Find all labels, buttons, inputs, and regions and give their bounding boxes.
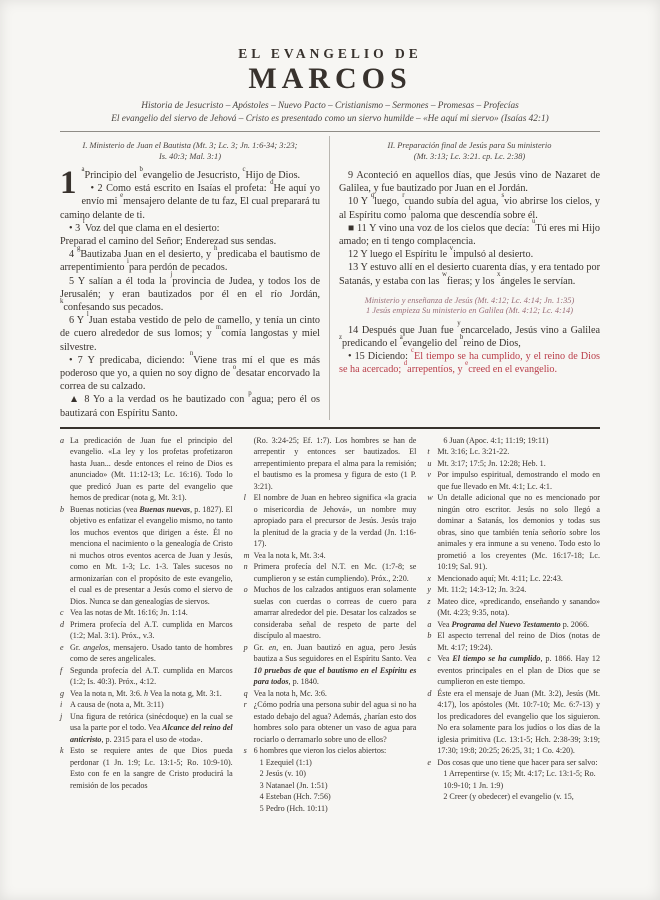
footnote-letter: c bbox=[60, 607, 70, 619]
footnote-letter: n bbox=[244, 561, 254, 584]
footnote-list-item: 5 Pedro (Hch. 10:11) bbox=[244, 803, 417, 815]
footnote-letter: e bbox=[427, 757, 437, 769]
footnote-list-item: 3 Natanael (Jn. 1:51) bbox=[244, 780, 417, 792]
footnote-letter: i bbox=[60, 699, 70, 711]
footnote-letter: q bbox=[244, 688, 254, 700]
footnote: bEl aspecto terrenal del reino de Dios (… bbox=[427, 630, 600, 653]
footnote-list-item: 4 Esteban (Hch. 7:56) bbox=[244, 791, 417, 803]
footnote-letter: e bbox=[60, 642, 70, 665]
verses-left: 1aPrincipio del bevangelio de Jesucristo… bbox=[60, 169, 320, 420]
footnote: wUn detalle adicional que no es menciona… bbox=[427, 492, 600, 573]
verse: 12 Y luego el Espíritu le vimpulsó al de… bbox=[339, 248, 600, 261]
footnote: yMt. 11:2; 14:3-12; Jn. 3:24. bbox=[427, 584, 600, 596]
footnote-text: Éste era el mensaje de Juan (Mt. 3:2), J… bbox=[437, 688, 600, 757]
footnote-list-item: 1 Arrepentirse (v. 15; Mt. 4:17; Lc. 13:… bbox=[427, 768, 600, 791]
chapter-number: 1 bbox=[60, 170, 77, 196]
verse: • 3 fVoz del que clama en el desierto:Pr… bbox=[60, 222, 320, 248]
footnote-letter: o bbox=[244, 584, 254, 642]
footnote-letter: b bbox=[427, 630, 437, 653]
footnote-text: Vea Programa del Nuevo Testamento p. 206… bbox=[437, 619, 600, 631]
footnote: aLa predicación de Juan fue el principio… bbox=[60, 435, 233, 504]
footnote: s6 hombres que vieron los cielos abierto… bbox=[244, 745, 417, 757]
footnote-text: ¿Cómo podría una persona subir del agua … bbox=[254, 699, 417, 745]
verse: 14 Después que Juan fue yencarcelado, Je… bbox=[339, 324, 600, 350]
footnote: dÉste era el mensaje de Juan (Mt. 3:2), … bbox=[427, 688, 600, 757]
footnote: kEsto se requiere antes de que Dios pued… bbox=[60, 745, 233, 791]
footnote: vPor impulso espiritual, demostrando el … bbox=[427, 469, 600, 492]
footnote-text: Dos cosas que uno tiene que hacer para s… bbox=[437, 757, 600, 769]
footnote-text: Mt. 11:2; 14:3-12; Jn. 3:24. bbox=[437, 584, 600, 596]
footnote: xMencionado aquí; Mt. 4:11; Lc. 22:43. bbox=[427, 573, 600, 585]
footnote-letter: x bbox=[427, 573, 437, 585]
footnote-text: Gr. en, en. Juan bautizó en agua, pero J… bbox=[254, 642, 417, 688]
footnote-text: Una figura de retórica (sinécdoque) en l… bbox=[70, 711, 233, 746]
footnotes-column-1: aLa predicación de Juan fue el principio… bbox=[60, 435, 233, 815]
footnote-letter: f bbox=[60, 665, 70, 688]
footnote-letter: y bbox=[427, 584, 437, 596]
footnote: bBuenas noticias (vea Buenas nuevas, p. … bbox=[60, 504, 233, 608]
footnote-letter: t bbox=[427, 446, 437, 458]
footnotes-column-3: 6 Juan (Apoc. 4:1; 11:19; 19:11)tMt. 3:1… bbox=[427, 435, 600, 815]
footnote-letter: v bbox=[427, 469, 437, 492]
footnote-letter: b bbox=[60, 504, 70, 608]
footnote: cVea El tiempo se ha cumplido, p. 1866. … bbox=[427, 653, 600, 688]
footnote-letter: g bbox=[60, 688, 70, 700]
footnote-text: Mateo dice, «predicando, enseñando y san… bbox=[437, 596, 600, 619]
footnote: qVea la nota h, Mc. 3:6. bbox=[244, 688, 417, 700]
footnote-text: La predicación de Juan fue el principio … bbox=[70, 435, 233, 504]
verse: • 2 Como está escrito en Isaías el profe… bbox=[60, 182, 320, 222]
footnote-text: Vea El tiempo se ha cumplido, p. 1866. H… bbox=[437, 653, 600, 688]
footnote: oMuchos de los calzados antiguos eran so… bbox=[244, 584, 417, 642]
footnote-letter: w bbox=[427, 492, 437, 573]
footnote-list-item: 1 Ezequiel (1:1) bbox=[244, 757, 417, 769]
footnote: eDos cosas que uno tiene que hacer para … bbox=[427, 757, 600, 769]
verse: 10 Y qluego, rcuando subía del agua, svi… bbox=[339, 195, 600, 221]
footnote: fSegunda profecía del A.T. cumplida en M… bbox=[60, 665, 233, 688]
verse: 9 Aconteció en aquellos días, que Jesús … bbox=[339, 169, 600, 195]
footnote-letter: m bbox=[244, 550, 254, 562]
scripture-column-left: I. Ministerio de Juan el Bautista (Mt. 3… bbox=[60, 136, 330, 420]
footnote-text: Segunda profecía del A.T. cumplida en Ma… bbox=[70, 665, 233, 688]
footnote: r¿Cómo podría una persona subir del agua… bbox=[244, 699, 417, 745]
footnote-letter: a bbox=[427, 619, 437, 631]
header-divider bbox=[60, 131, 600, 132]
footnote: pGr. en, en. Juan bautizó en agua, pero … bbox=[244, 642, 417, 688]
footnote-text: Vea las notas de Mt. 16:16; Jn. 1:14. bbox=[70, 607, 233, 619]
footnote-text: Primera profecía del N.T. en Mc. (1:7-8;… bbox=[254, 561, 417, 584]
footnote-text: Vea la nota k, Mt. 3:4. bbox=[254, 550, 417, 562]
book-kicker: EL EVANGELIO DE bbox=[60, 46, 600, 62]
footnote: dPrimera profecía del A.T. cumplida en M… bbox=[60, 619, 233, 642]
subtitle-line-2: El evangelio del siervo de Jehová – Cris… bbox=[60, 113, 600, 126]
footnote-list-item: 2 Creer (y obedecer) el evangelio (v. 15… bbox=[427, 791, 600, 803]
footnote-text: Vea la nota n, Mt. 3:6. h Vea la nota g,… bbox=[70, 688, 233, 700]
footnote: lEl nombre de Juan en hebreo significa «… bbox=[244, 492, 417, 550]
footnote-text: Primera profecía del A.T. cumplida en Ma… bbox=[70, 619, 233, 642]
footnote-text: El aspecto terrenal del reino de Dios (n… bbox=[437, 630, 600, 653]
footnote: mVea la nota k, Mt. 3:4. bbox=[244, 550, 417, 562]
footnote-text: Esto se requiere antes de que Dios pueda… bbox=[70, 745, 233, 791]
bible-page: EL EVANGELIO DE MARCOS Historia de Jesuc… bbox=[0, 0, 660, 900]
verse: 6 Y lJuan estaba vestido de pelo de came… bbox=[60, 314, 320, 354]
scripture-column-right: II. Preparación final de Jesús para Su m… bbox=[330, 136, 600, 420]
footnote-text: Muchos de los calzados antiguos eran sol… bbox=[254, 584, 417, 642]
footnote-text: Mt. 3:16; Lc. 3:21-22. bbox=[437, 446, 600, 458]
footnote-text: (Ro. 3:24-25; Ef. 1:7). Los hombres se h… bbox=[254, 435, 417, 493]
footnote-letter: d bbox=[60, 619, 70, 642]
footnote: tMt. 3:16; Lc. 3:21-22. bbox=[427, 446, 600, 458]
verse: ▲ 8 Yo a la verdad os he bautizado con p… bbox=[60, 393, 320, 419]
footnote-list-item: 2 Jesús (v. 10) bbox=[244, 768, 417, 780]
footnote-text: A causa de (nota a, Mt. 3:11) bbox=[70, 699, 233, 711]
footnote: zMateo dice, «predicando, enseñando y sa… bbox=[427, 596, 600, 619]
footnote-letter: l bbox=[244, 492, 254, 550]
footnotes-area: aLa predicación de Juan fue el principio… bbox=[60, 427, 600, 815]
footnote-list-item: 6 Juan (Apoc. 4:1; 11:19; 19:11) bbox=[427, 435, 600, 447]
footnote: gVea la nota n, Mt. 3:6. h Vea la nota g… bbox=[60, 688, 233, 700]
verse: ■ 11 Y vino una voz de los cielos que de… bbox=[339, 222, 600, 248]
scripture-area: I. Ministerio de Juan el Bautista (Mt. 3… bbox=[60, 136, 600, 420]
verse: 13 Y estuvo allí en el desierto cuarenta… bbox=[339, 261, 600, 287]
footnote: jUna figura de retórica (sinécdoque) en … bbox=[60, 711, 233, 746]
verses-right: 9 Aconteció en aquellos días, que Jesús … bbox=[339, 169, 600, 377]
verse: • 15 Diciendo: cEl tiempo se ha cumplido… bbox=[339, 350, 600, 376]
footnote: iA causa de (nota a, Mt. 3:11) bbox=[60, 699, 233, 711]
footnote-letter: z bbox=[427, 596, 437, 619]
footnote-letter: c bbox=[427, 653, 437, 688]
footnote-letter bbox=[244, 435, 254, 493]
footnote-text: Buenas noticias (vea Buenas nuevas, p. 1… bbox=[70, 504, 233, 608]
footnote-letter: d bbox=[427, 688, 437, 757]
footnote: eGr. angelos, mensajero. Usado tanto de … bbox=[60, 642, 233, 665]
footnote-text: Por impulso espiritual, demostrando el m… bbox=[437, 469, 600, 492]
footnote-letter: k bbox=[60, 745, 70, 791]
footnote-letter: p bbox=[244, 642, 254, 688]
footnote: nPrimera profecía del N.T. en Mc. (1:7-8… bbox=[244, 561, 417, 584]
verse: 1aPrincipio del bevangelio de Jesucristo… bbox=[60, 169, 320, 182]
section-heading: Ministerio y enseñanza de Jesús (Mt. 4:1… bbox=[341, 296, 598, 317]
outline-heading-2: II. Preparación final de Jesús para Su m… bbox=[343, 141, 596, 162]
footnotes-column-2: (Ro. 3:24-25; Ef. 1:7). Los hombres se h… bbox=[244, 435, 417, 815]
footnote-letter: a bbox=[60, 435, 70, 504]
footnote: cVea las notas de Mt. 16:16; Jn. 1:14. bbox=[60, 607, 233, 619]
footnote: (Ro. 3:24-25; Ef. 1:7). Los hombres se h… bbox=[244, 435, 417, 493]
verse: • 7 Y predicaba, diciendo: nViene tras m… bbox=[60, 354, 320, 394]
red-letter-text: cEl tiempo se ha cumplido, y el reino de… bbox=[339, 351, 600, 375]
footnote-text: Gr. angelos, mensajero. Usado tanto de h… bbox=[70, 642, 233, 665]
footnote-text: Un detalle adicional que no es mencionad… bbox=[437, 492, 600, 573]
footnote: uMt. 3:17; 17:5; Jn. 12:28; Heb. 1. bbox=[427, 458, 600, 470]
footnote-letter: r bbox=[244, 699, 254, 745]
subtitle-line-1: Historia de Jesucristo – Apóstoles – Nue… bbox=[60, 100, 600, 113]
footnote-text: Mencionado aquí; Mt. 4:11; Lc. 22:43. bbox=[437, 573, 600, 585]
footnote-text: El nombre de Juan en hebreo significa «l… bbox=[254, 492, 417, 550]
footnote: aVea Programa del Nuevo Testamento p. 20… bbox=[427, 619, 600, 631]
verse: 4 gBautizaba Juan en el desierto, y hpre… bbox=[60, 248, 320, 274]
footnote-text: 6 hombres que vieron los cielos abiertos… bbox=[254, 745, 417, 757]
verse: 5 Y salían a él toda la jprovincia de Ju… bbox=[60, 275, 320, 315]
footnote-letter: j bbox=[60, 711, 70, 746]
footnote-text: Mt. 3:17; 17:5; Jn. 12:28; Heb. 1. bbox=[437, 458, 600, 470]
footnote-text: Vea la nota h, Mc. 3:6. bbox=[254, 688, 417, 700]
footnote-letter: s bbox=[244, 745, 254, 757]
footnote-letter: u bbox=[427, 458, 437, 470]
book-title: MARCOS bbox=[60, 63, 600, 95]
outline-heading-1: I. Ministerio de Juan el Bautista (Mt. 3… bbox=[64, 141, 316, 162]
